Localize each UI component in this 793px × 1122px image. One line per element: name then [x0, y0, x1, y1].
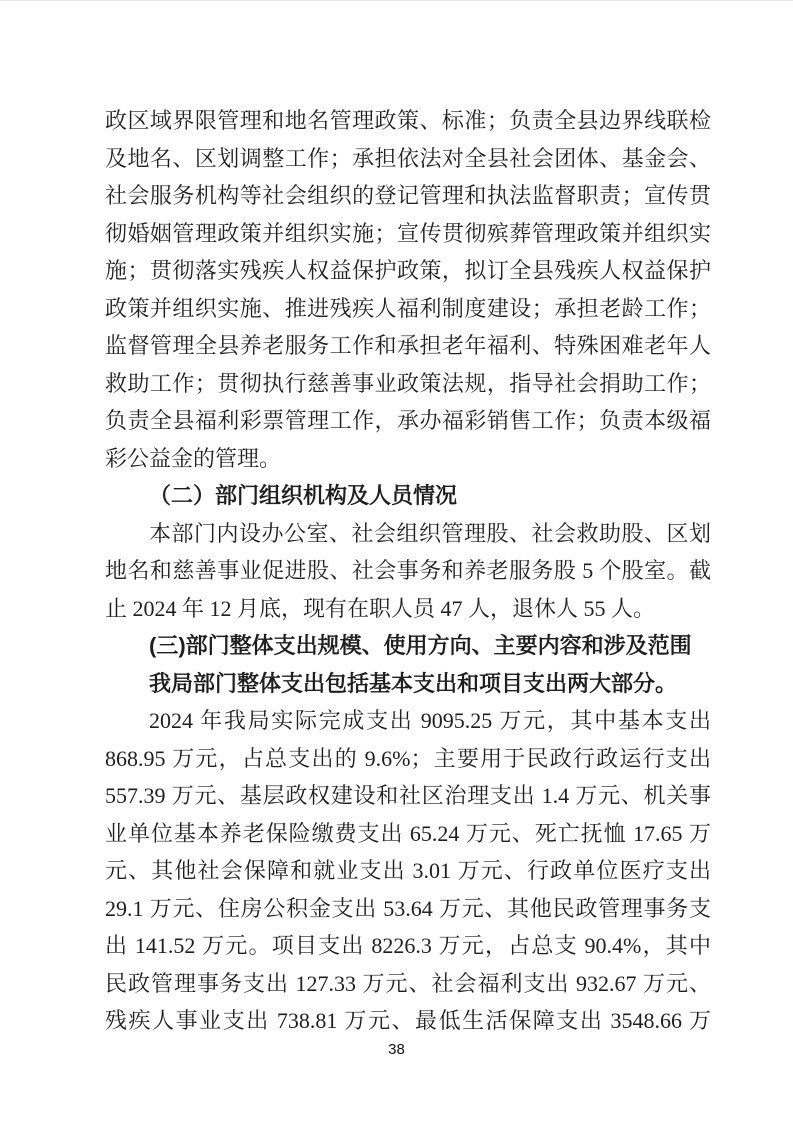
body-line: 监督管理全县养老服务工作和承担老年福利、特殊困难老年人	[105, 327, 711, 365]
body-line: 29.1 万元、住房公积金支出 53.64 万元、其他民政管理事务支	[105, 890, 711, 928]
body-line: 元、其他社会保障和就业支出 3.01 万元、行政单位医疗支出	[105, 852, 711, 890]
body-line: 557.39 万元、基层政权建设和社区治理支出 1.4 万元、机关事	[105, 777, 711, 815]
body-line: 民政管理事务支出 127.33 万元、社会福利支出 932.67 万元、	[105, 965, 711, 1003]
body-line: 政区域界限管理和地名管理政策、标准；负责全县边界线联检	[105, 102, 711, 140]
body-line: 地名和慈善事业促进股、社会事务和养老服务股 5 个股室。截	[105, 552, 711, 590]
body-text: 政区域界限管理和地名管理政策、标准；负责全县边界线联检 及地名、区划调整工作；承…	[105, 102, 711, 1040]
body-line: 2024 年我局实际完成支出 9095.25 万元，其中基本支出	[105, 702, 711, 740]
body-line: 负责全县福利彩票管理工作，承办福彩销售工作；负责本级福	[105, 402, 711, 440]
body-line: 止 2024 年 12 月底，现有在职人员 47 人，退休人 55 人。	[105, 590, 711, 628]
body-line: 彩公益金的管理。	[105, 440, 711, 478]
body-line: 政策并组织实施、推进残疾人福利制度建设；承担老龄工作；	[105, 290, 711, 328]
body-line: 残疾人事业支出 738.81 万元、最低生活保障支出 3548.66 万	[105, 1002, 711, 1040]
body-line: 本部门内设办公室、社会组织管理股、社会救助股、区划	[105, 515, 711, 553]
page-number: 38	[0, 1040, 793, 1060]
section-heading-3: (三)部门整体支出规模、使用方向、主要内容和涉及范围	[105, 627, 711, 665]
body-line: 彻婚姻管理政策并组织实施；宣传贯彻殡葬管理政策并组织实	[105, 215, 711, 253]
body-line: 救助工作；贯彻执行慈善事业政策法规，指导社会捐助工作；	[105, 365, 711, 403]
section-heading-3-subline: 我局部门整体支出包括基本支出和项目支出两大部分。	[105, 665, 711, 703]
document-page: 政区域界限管理和地名管理政策、标准；负责全县边界线联检 及地名、区划调整工作；承…	[0, 0, 793, 1122]
body-line: 业单位基本养老保险缴费支出 65.24 万元、死亡抚恤 17.65 万	[105, 815, 711, 853]
section-heading-2: （二）部门组织机构及人员情况	[105, 477, 711, 515]
body-line: 社会服务机构等社会组织的登记管理和执法监督职责；宣传贯	[105, 177, 711, 215]
body-line: 868.95 万元，占总支出的 9.6%；主要用于民政行政运行支出	[105, 740, 711, 778]
body-line: 出 141.52 万元。项目支出 8226.3 万元，占总支 90.4%，其中	[105, 927, 711, 965]
body-line: 施；贯彻落实残疾人权益保护政策，拟订全县残疾人权益保护	[105, 252, 711, 290]
body-line: 及地名、区划调整工作；承担依法对全县社会团体、基金会、	[105, 140, 711, 178]
